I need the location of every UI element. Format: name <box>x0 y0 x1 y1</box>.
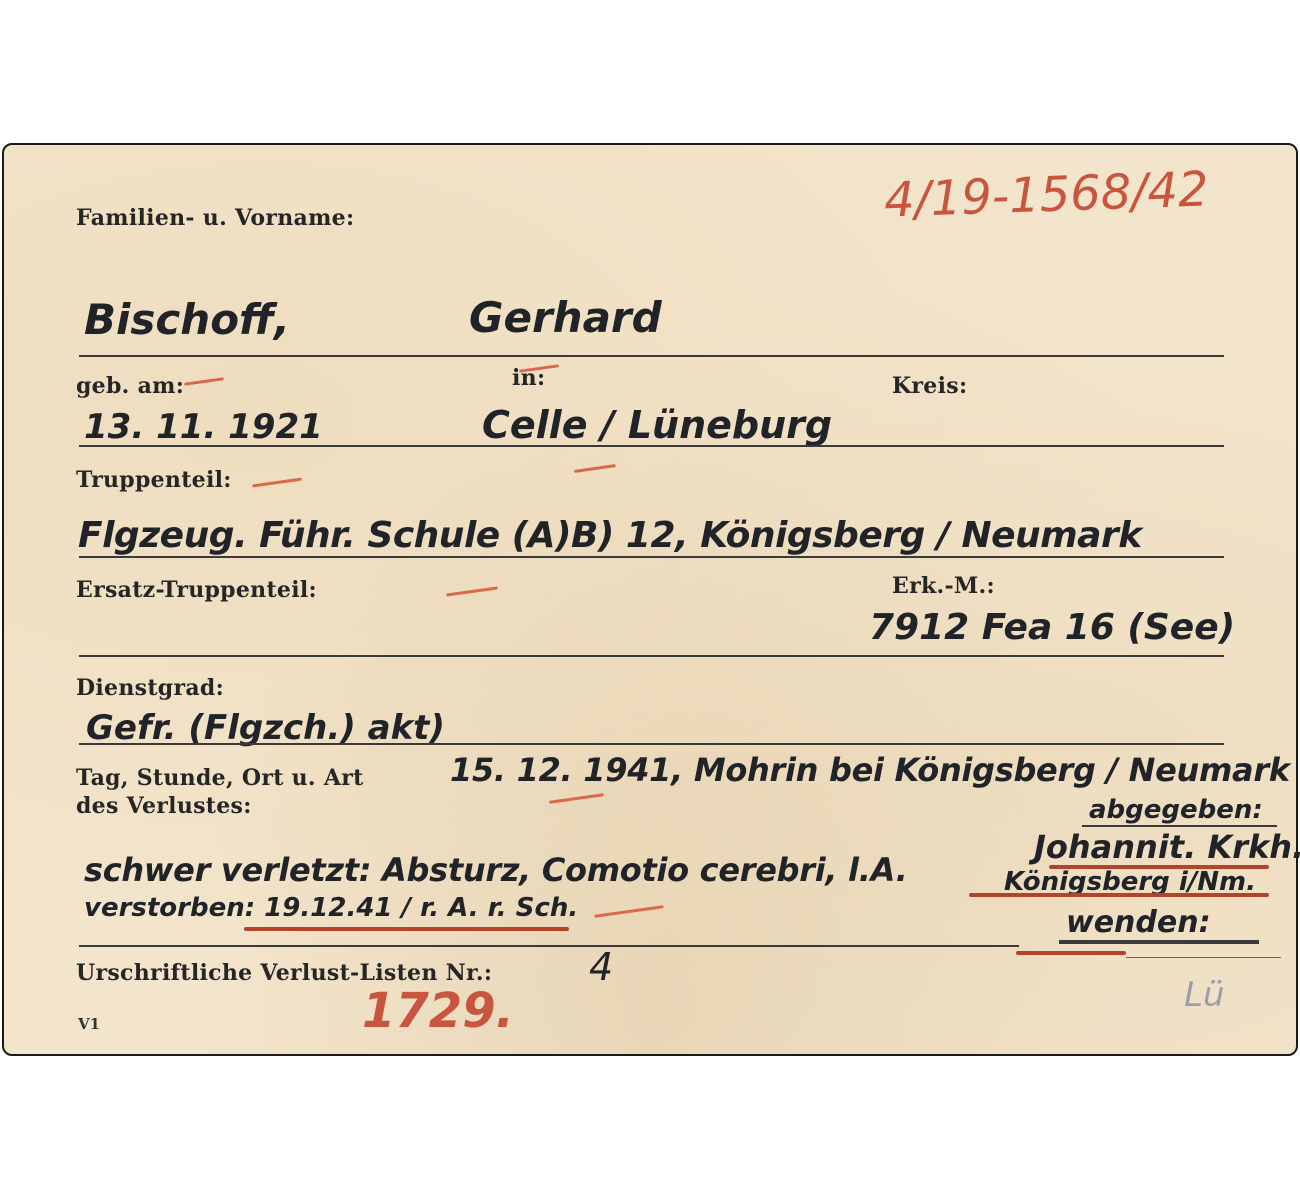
handed-over-4: wenden: <box>1066 905 1211 940</box>
rule-replacement <box>79 655 1224 657</box>
rule-loss <box>79 945 1019 947</box>
red-check-mark <box>594 905 664 918</box>
rule-wenden <box>1059 940 1259 944</box>
handed-over-1: abgegeben: <box>1089 795 1263 825</box>
replacement-unit-label: Ersatz-Truppenteil: <box>76 577 317 603</box>
loss-label-line1: Tag, Stunde, Ort u. Art <box>76 765 364 791</box>
handed-over-2: Johannit. Krkh. <box>1034 828 1300 866</box>
rank-label: Dienstgrad: <box>76 675 224 701</box>
red-check-mark <box>184 377 224 386</box>
birth-place-value: Celle / Lüneburg <box>482 403 832 447</box>
list-number-value: 4 <box>589 945 613 989</box>
red-underline-death-date <box>244 927 569 931</box>
rule-rank <box>79 743 1224 745</box>
list-page-value: 1729. <box>362 983 514 1039</box>
red-check-mark <box>574 464 616 473</box>
loss-label-line2: des Verlustes: <box>76 793 252 819</box>
red-check-mark <box>549 793 604 804</box>
loss-description-b: verstorben: 19.12.41 / r. A. r. Sch. <box>84 893 578 923</box>
district-label: Kreis: <box>892 373 967 399</box>
birth-date-value: 13. 11. 1921 <box>84 407 323 447</box>
surname-value: Bischoff, <box>84 295 290 344</box>
rank-value: Gefr. (Flgzch.) akt) <box>86 708 445 748</box>
unit-label: Truppenteil: <box>76 467 232 493</box>
casualty-index-card: 4/19-1568/42 Familien- u. Vorname: Bisch… <box>2 143 1298 1056</box>
red-check-mark <box>252 478 302 488</box>
id-tag-label: Erk.-M.: <box>892 573 995 599</box>
name-label: Familien- u. Vorname: <box>76 205 354 231</box>
rule-name <box>79 355 1224 357</box>
unit-value: Flgzeug. Führ. Schule (A)B) 12, Königsbe… <box>78 515 1142 556</box>
rule-unit <box>79 556 1224 558</box>
id-tag-value: 7912 Fea 16 (See) <box>869 607 1235 648</box>
loss-description-a: schwer verletzt: Absturz, Comotio cerebr… <box>84 851 908 889</box>
given-name-value: Gerhard <box>469 293 662 342</box>
red-line-bottom <box>1016 951 1126 955</box>
born-on-label: geb. am: <box>76 373 184 399</box>
red-check-mark <box>446 586 498 596</box>
red-underline-city <box>969 893 1269 897</box>
form-code: V1 <box>78 1015 100 1033</box>
rule-birth <box>79 445 1224 447</box>
loss-date-place-value: 15. 12. 1941, Mohrin bei Königsberg / Ne… <box>450 751 1290 789</box>
reference-number: 4/19-1568/42 <box>883 161 1209 228</box>
pencil-mark: Lü <box>1184 975 1225 1015</box>
red-line-thin <box>1126 957 1281 958</box>
rule-handed-over <box>1082 825 1277 827</box>
